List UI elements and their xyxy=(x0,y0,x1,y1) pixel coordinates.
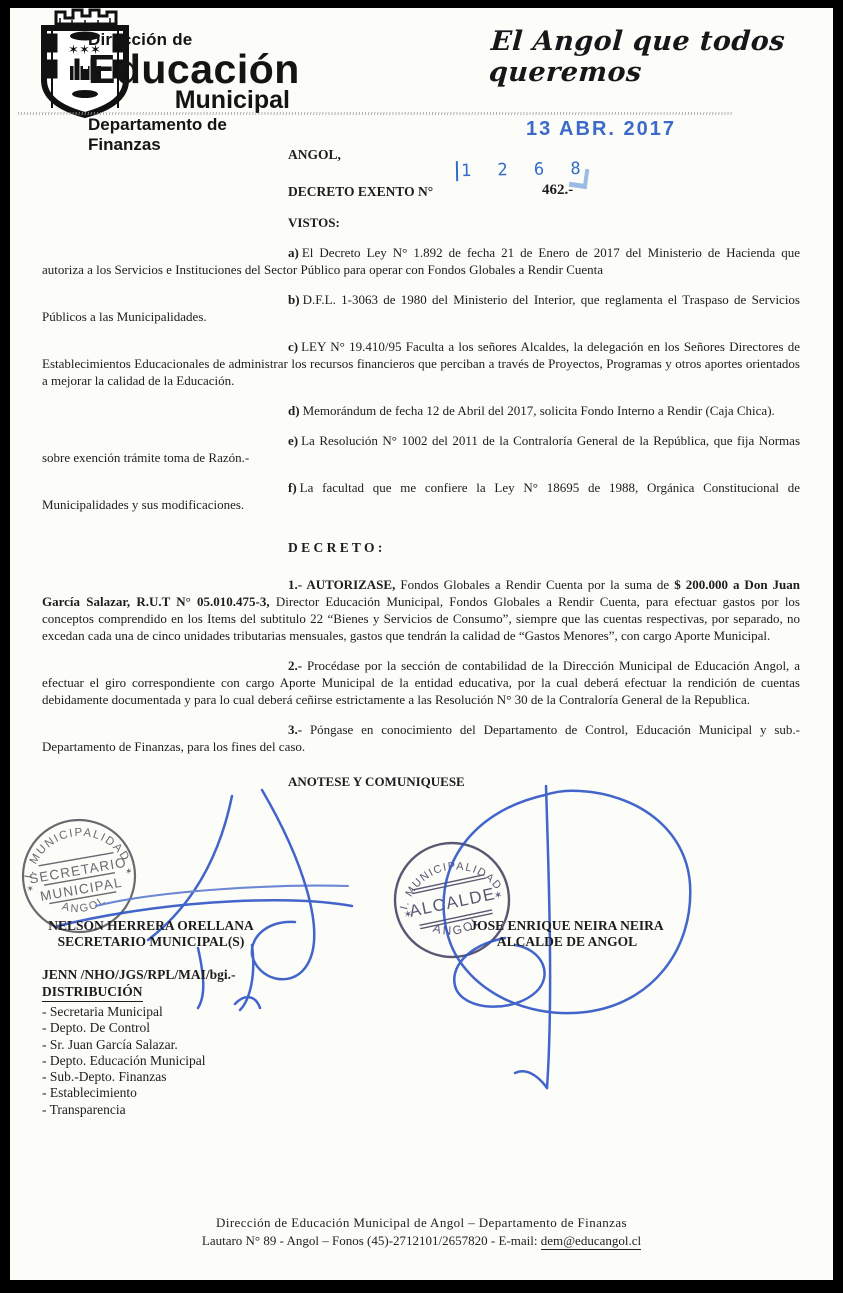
signer-name: NELSON HERRERA ORELLANA xyxy=(36,918,266,934)
item-text: El Decreto Ley N° 1.892 de fecha 21 de E… xyxy=(42,245,800,277)
decreto-item-3: 3.- Póngase en conocimiento del Departam… xyxy=(42,721,800,755)
footer-line-2: Lautaro N° 89 - Angol – Fonos (45)-27121… xyxy=(10,1232,833,1250)
item-text: Procédase por la sección de contabilidad… xyxy=(42,658,800,707)
vistos-item-d: d)Memorándum de fecha 12 de Abril del 20… xyxy=(42,402,800,419)
document-page: ✶ ✶ ✶ Dirección de Educación Municipal D… xyxy=(10,8,833,1280)
item-text: Póngase en conocimiento del Departamento… xyxy=(42,722,800,754)
svg-text:✶: ✶ xyxy=(68,43,79,58)
footer: Dirección de Educación Municipal de Ango… xyxy=(10,1214,833,1250)
header-divider xyxy=(18,112,732,115)
closing-formula: ANOTESE Y COMUNIQUESE xyxy=(42,773,800,790)
signer-left: NELSON HERRERA ORELLANA SECRETARIO MUNIC… xyxy=(36,918,266,950)
vistos-item-b: b)D.F.L. 1-3063 de 1980 del Ministerio d… xyxy=(42,291,800,325)
item-text: Memorándum de fecha 12 de Abril del 2017… xyxy=(303,403,775,418)
item-label: b) xyxy=(288,292,300,307)
stamp-star-right: ✶ xyxy=(124,866,133,877)
distribution-item: - Depto. Educación Municipal xyxy=(42,1053,236,1069)
distribution-title: DISTRIBUCIÓN xyxy=(42,984,143,1002)
signer-right: JOSE ENRIQUE NEIRA NEIRA ALCALDE DE ANGO… xyxy=(454,918,680,950)
distribution-item: - Establecimiento xyxy=(42,1085,236,1101)
org-line-3: Municipal xyxy=(88,89,296,113)
decree-label: DECRETO EXENTO N° xyxy=(288,184,433,200)
alcalde-stamp: I. MUNICIPALIDAD ALCALDE ✶ ✶ ANGOL xyxy=(376,824,528,976)
decreto-title: D E C R E T O : xyxy=(42,539,800,556)
decreto-item-2: 2.- Procédase por la sección de contabil… xyxy=(42,657,800,708)
initials-line: JENN /NHO/JGS/RPL/MAI/bgi.- xyxy=(42,967,236,983)
item-text: LEY N° 19.410/95 Faculta a los señores A… xyxy=(42,339,800,388)
city-slogan: El Angol que todos queremos xyxy=(488,26,822,88)
vistos-item-f: f)La facultad que me confiere la Ley N° … xyxy=(42,479,800,513)
distribution-item: - Secretaria Municipal xyxy=(42,1004,236,1020)
vistos-title: VISTOS: xyxy=(42,214,800,231)
distribution-item: - Depto. De Control xyxy=(42,1020,236,1036)
distribution-item: - Sr. Juan García Salazar. xyxy=(42,1037,236,1053)
item-label: f) xyxy=(288,480,297,495)
city-date-line: ANGOL, xyxy=(288,147,341,163)
item-text: La facultad que me confiere la Ley N° 18… xyxy=(42,480,800,512)
signer-title: SECRETARIO MUNICIPAL(S) xyxy=(36,934,266,950)
decree-number: 462.- xyxy=(542,182,573,199)
item-label: 1.- AUTORIZASE, xyxy=(288,577,395,592)
item-label: 2.- xyxy=(288,658,302,673)
reference-distribution: JENN /NHO/JGS/RPL/MAI/bgi.- DISTRIBUCIÓN… xyxy=(42,967,236,1118)
vistos-item-c: c)LEY N° 19.410/95 Faculta a los señores… xyxy=(42,338,800,389)
footer-address: Lautaro N° 89 - Angol – Fonos (45)-27121… xyxy=(202,1233,541,1248)
footer-line-1: Dirección de Educación Municipal de Ango… xyxy=(10,1214,833,1232)
item-label: 3.- xyxy=(288,722,302,737)
vistos-item-a: a)El Decreto Ley N° 1.892 de fecha 21 de… xyxy=(42,244,800,278)
distribution-item: - Sub.-Depto. Finanzas xyxy=(42,1069,236,1085)
item-text: Fondos Globales a Rendir Cuenta por la s… xyxy=(395,577,674,592)
vistos-item-e: e)La Resolución N° 1002 del 2011 de la C… xyxy=(42,432,800,466)
signer-title: ALCALDE DE ANGOL xyxy=(454,934,680,950)
decree-body: VISTOS: a)El Decreto Ley N° 1.892 de fec… xyxy=(42,214,800,803)
signer-name: JOSE ENRIQUE NEIRA NEIRA xyxy=(454,918,680,934)
date-received-stamp: 13 ABR. 2017 xyxy=(526,118,676,141)
item-text: La Resolución N° 1002 del 2011 de la Con… xyxy=(42,433,800,465)
stamp-star-left: ✶ xyxy=(26,883,35,894)
decreto-item-1: 1.- AUTORIZASE, Fondos Globales a Rendir… xyxy=(42,576,800,644)
footer-email: dem@educangol.cl xyxy=(541,1233,641,1250)
distribution-list: - Secretaria Municipal - Depto. De Contr… xyxy=(42,1004,236,1118)
item-text: D.F.L. 1-3063 de 1980 del Ministerio del… xyxy=(42,292,800,324)
item-label: d) xyxy=(288,403,300,418)
org-line-2: Educación xyxy=(88,50,296,89)
item-label: c) xyxy=(288,339,298,354)
item-label: a) xyxy=(288,245,299,260)
stamp-star-right: ✶ xyxy=(493,890,503,903)
org-line-4: Departamento de Finanzas xyxy=(88,115,296,155)
organization-title: Dirección de Educación Municipal Departa… xyxy=(88,30,296,155)
item-label: e) xyxy=(288,433,298,448)
distribution-item: - Transparencia xyxy=(42,1102,236,1118)
